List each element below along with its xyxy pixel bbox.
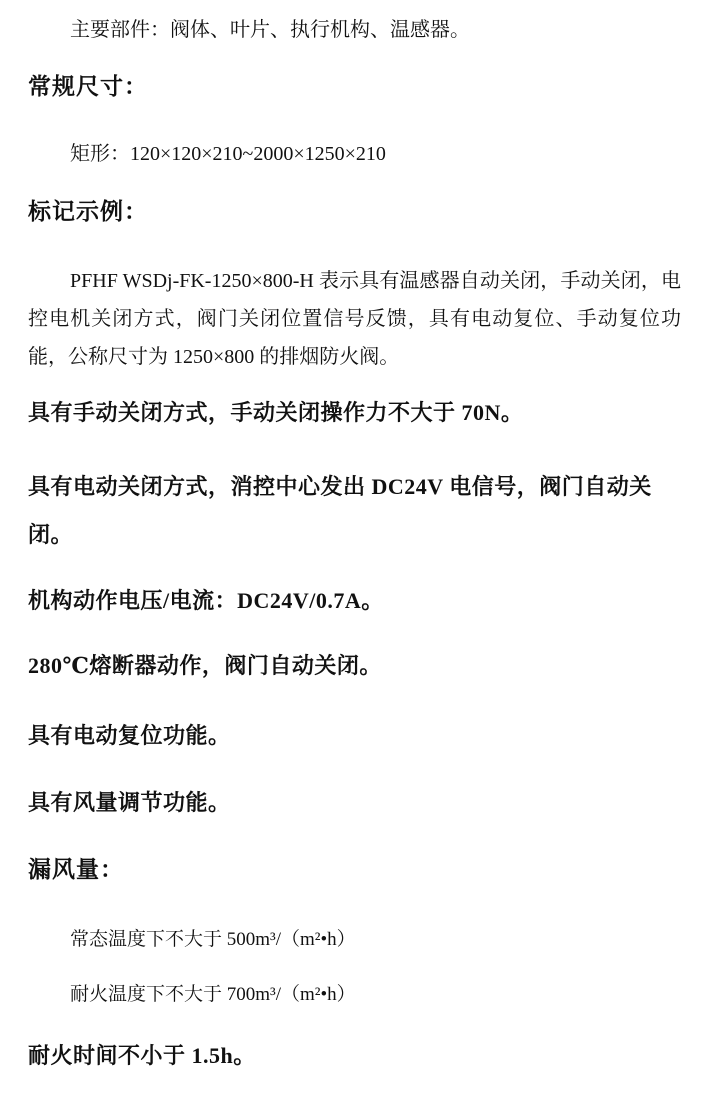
statement-line: 具有电动关闭方式，消控中心发出 DC24V 电信号，阀门自动关 bbox=[28, 463, 681, 511]
leakage-item-fire-temp: 耐火温度下不大于 700m³/（m²•h） bbox=[28, 981, 681, 1009]
statement-airflow-adjust: 具有风量调节功能。 bbox=[28, 788, 681, 818]
paragraph-line: 能，公称尺寸为 1250×800 的排烟防火阀。 bbox=[28, 338, 681, 376]
document-page: 主要部件：阀体、叶片、执行机构、温感器。 常规尺寸： 矩形：120×120×21… bbox=[0, 0, 709, 1097]
paragraph-line: PFHF WSDj-FK-1250×800-H 表示具有温感器自动关闭，手动关闭… bbox=[28, 262, 681, 300]
statement-voltage-current: 机构动作电压/电流：DC24V/0.7A。 bbox=[28, 586, 681, 616]
section-heading-marking-example: 标记示例： bbox=[28, 197, 681, 227]
intro-line: 主要部件：阀体、叶片、执行机构、温感器。 bbox=[28, 16, 681, 44]
statement-line: 闭。 bbox=[28, 511, 681, 559]
leakage-item-normal-temp: 常态温度下不大于 500m³/（m²•h） bbox=[28, 926, 681, 954]
statement-line: 具有风量调节功能。 bbox=[28, 788, 681, 818]
rectangle-size-line: 矩形：120×120×210~2000×1250×210 bbox=[28, 140, 681, 168]
statement-fuse-action: 280℃熔断器动作，阀门自动关闭。 bbox=[28, 651, 681, 681]
section-heading-leakage: 漏风量： bbox=[28, 855, 681, 885]
section-heading-standard-size: 常规尺寸： bbox=[28, 72, 681, 102]
statement-line: 机构动作电压/电流：DC24V/0.7A。 bbox=[28, 586, 681, 616]
statement-line: 耐火时间不小于 1.5h。 bbox=[28, 1041, 681, 1071]
statement-fire-resistance-time: 耐火时间不小于 1.5h。 bbox=[28, 1041, 681, 1071]
paragraph-line: 控电机关闭方式，阀门关闭位置信号反馈，具有电动复位、手动复位功 bbox=[28, 300, 681, 338]
marking-example-paragraph: PFHF WSDj-FK-1250×800-H 表示具有温感器自动关闭，手动关闭… bbox=[28, 262, 681, 376]
statement-electric-reset: 具有电动复位功能。 bbox=[28, 721, 681, 751]
statement-line: 具有电动复位功能。 bbox=[28, 721, 681, 751]
statement-electric-close: 具有电动关闭方式，消控中心发出 DC24V 电信号，阀门自动关 闭。 bbox=[28, 463, 681, 559]
statement-line: 280℃熔断器动作，阀门自动关闭。 bbox=[28, 651, 681, 681]
statement-manual-close: 具有手动关闭方式，手动关闭操作力不大于 70N。 bbox=[28, 398, 681, 428]
statement-line: 具有手动关闭方式，手动关闭操作力不大于 70N。 bbox=[28, 398, 681, 428]
